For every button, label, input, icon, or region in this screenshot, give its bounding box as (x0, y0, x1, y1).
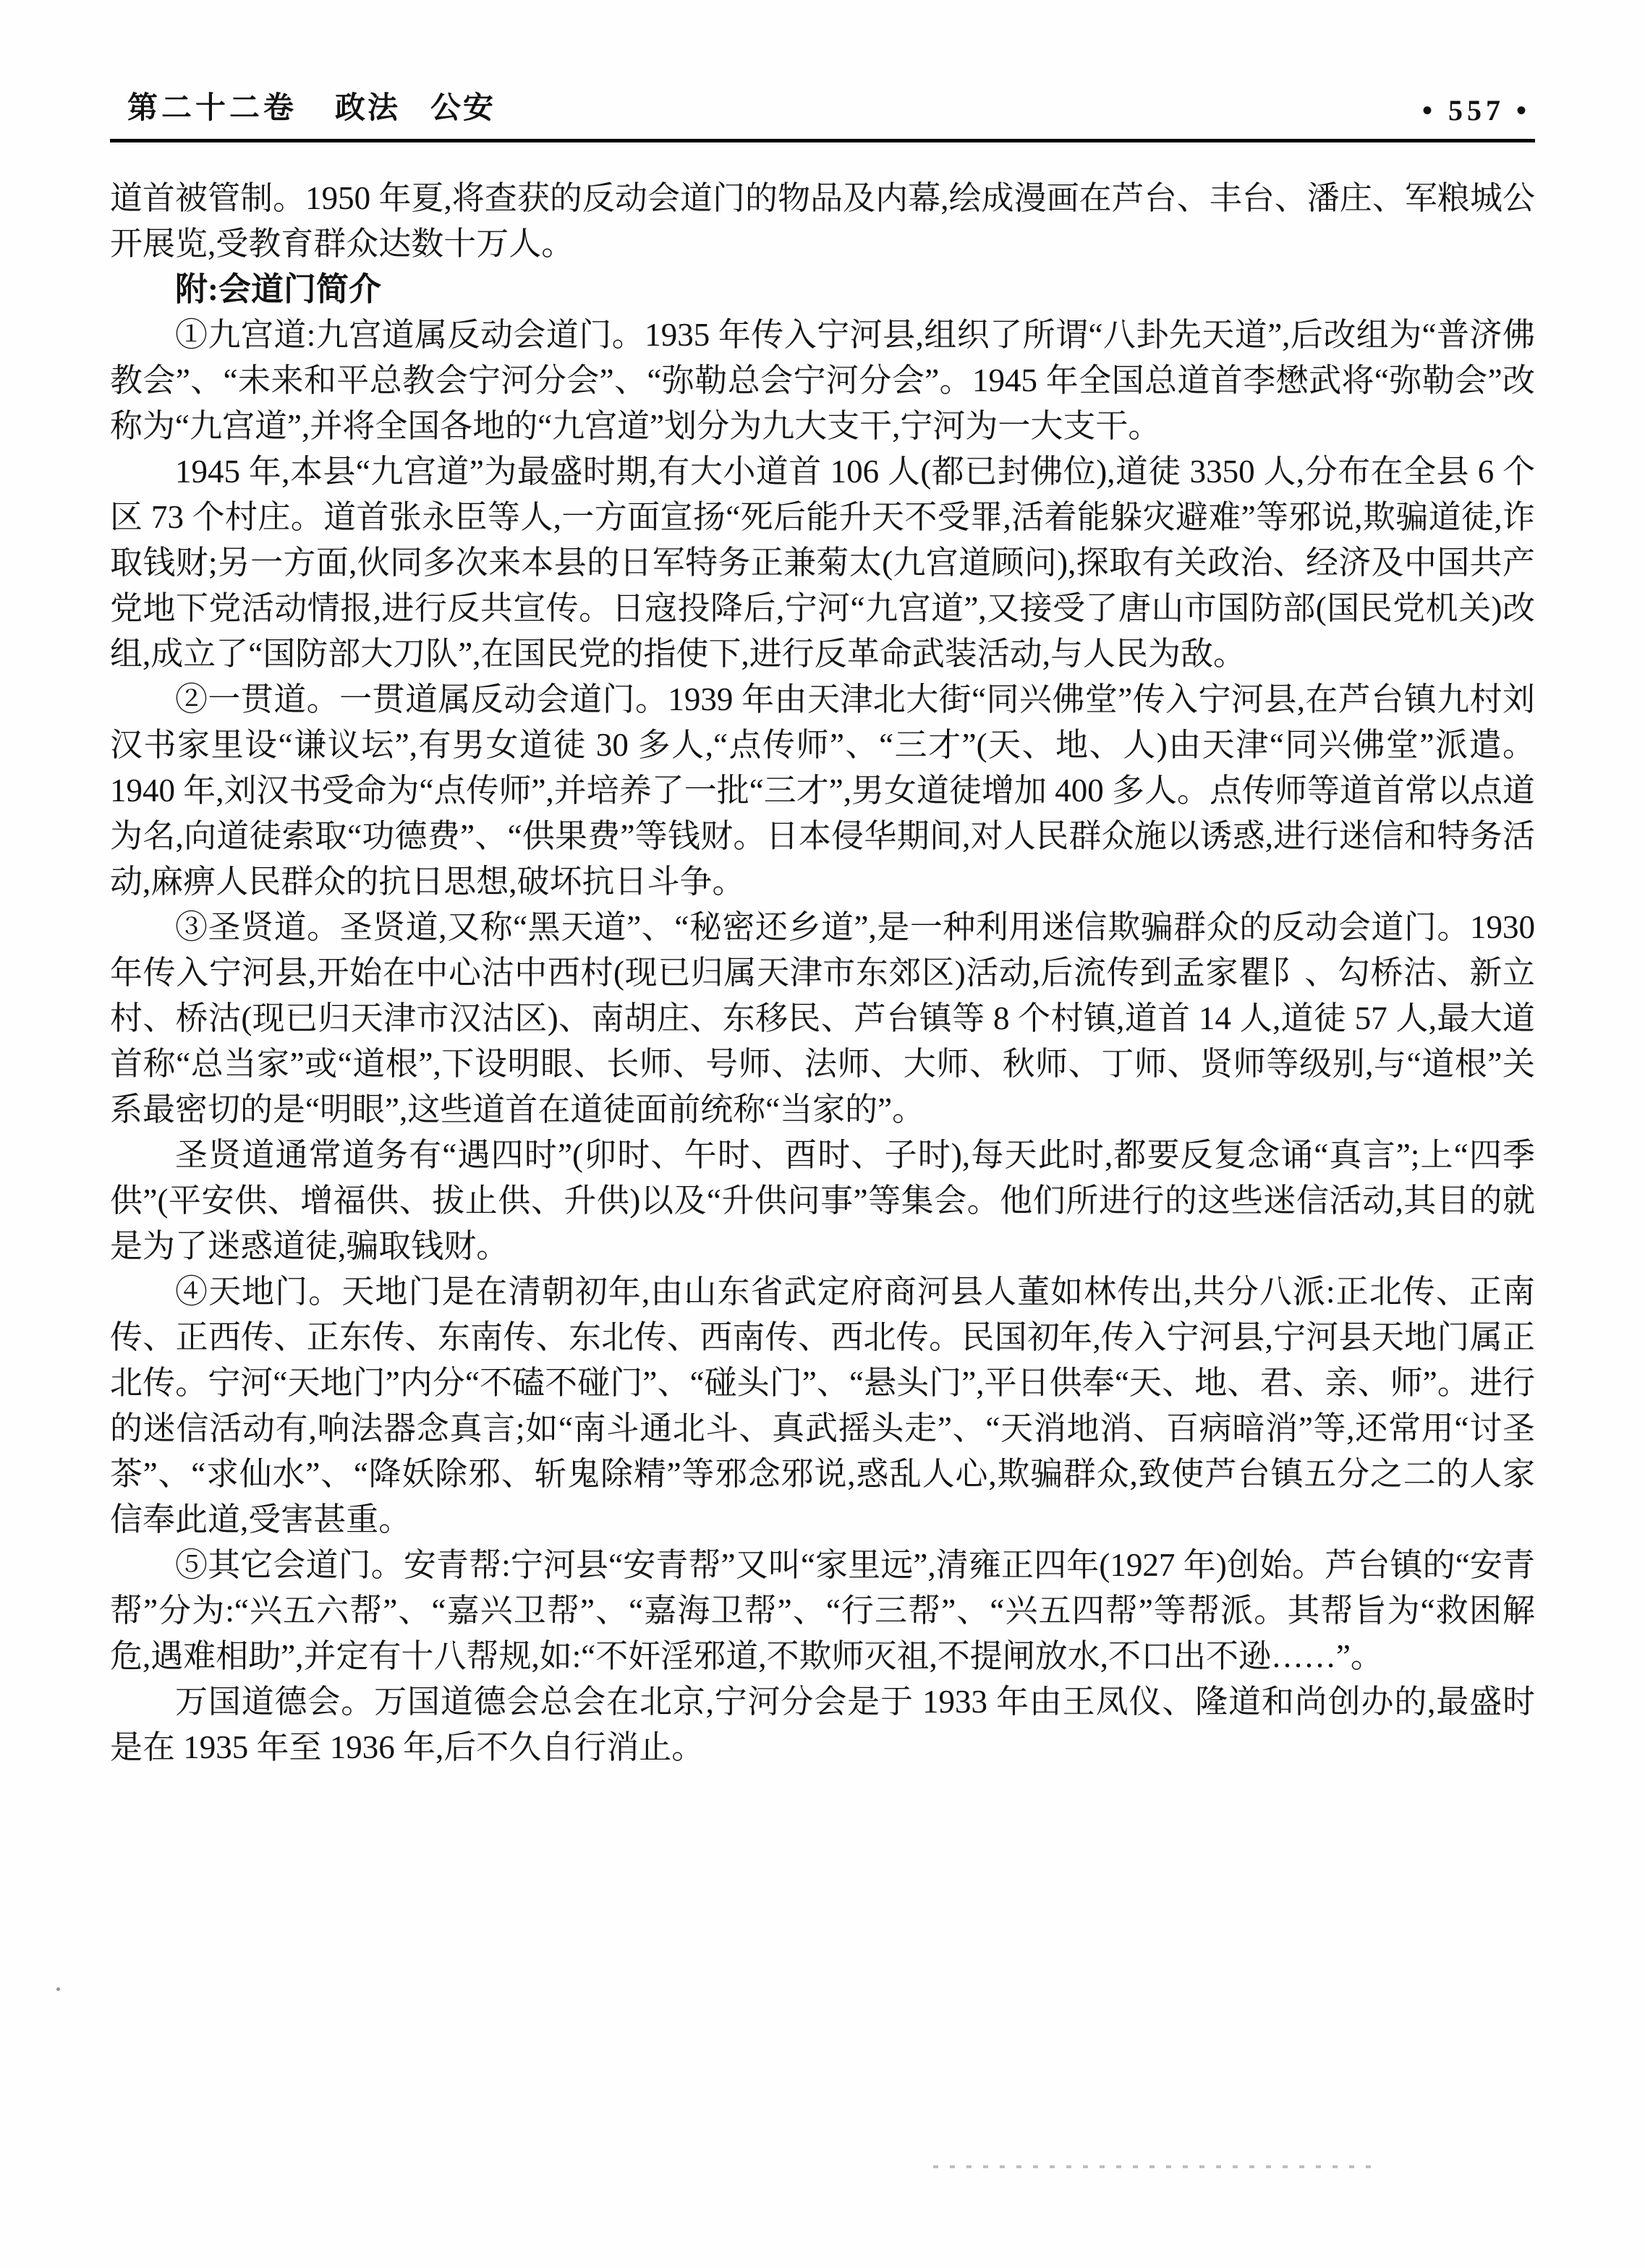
section-title: 政法 (335, 92, 400, 125)
document-body: 道首被管制。1950 年夏,将查获的反动会道门的物品及内幕,绘成漫画在芦台、丰台… (110, 176, 1535, 1770)
paragraph: 万国道德会。万国道德会总会在北京,宁河分会是于 1933 年由王凤仪、隆道和尚创… (110, 1679, 1535, 1770)
paragraph: 道首被管制。1950 年夏,将查获的反动会道门的物品及内幕,绘成漫画在芦台、丰台… (110, 176, 1535, 267)
paragraph: ①九宫道:九宫道属反动会道门。1935 年传入宁河县,组织了所谓“八卦先天道”,… (110, 312, 1535, 449)
volume-title: 第二十二卷 (127, 92, 297, 125)
paragraph: ③圣贤道。圣贤道,又称“黑天道”、“秘密还乡道”,是一种利用迷信欺骗群众的反动会… (110, 905, 1535, 1133)
page-content: 第二十二卷政法公安 • 557 • 道首被管制。1950 年夏,将查获的反动会道… (110, 84, 1535, 1770)
paragraph: 1945 年,本县“九宫道”为最盛时期,有大小道首 106 人(都已封佛位),道… (110, 449, 1535, 677)
subsection-title: 公安 (430, 92, 496, 125)
section-heading: 附:会道门简介 (110, 267, 1535, 312)
paragraph: ⑤其它会道门。安青帮:宁河县“安青帮”又叫“家里远”,清雍正四年(1927 年)… (110, 1543, 1535, 1679)
paragraph: 圣贤道通常道务有“遇四时”(卯时、午时、酉时、子时),每天此时,都要反复念诵“真… (110, 1133, 1535, 1269)
paragraph: ②一贯道。一贯道属反动会道门。1939 年由天津北大街“同兴佛堂”传入宁河县,在… (110, 677, 1535, 905)
header-title: 第二十二卷政法公安 (127, 84, 496, 127)
scanned-page: 第二十二卷政法公安 • 557 • 道首被管制。1950 年夏,将查获的反动会道… (0, 0, 1645, 2268)
header-rule (110, 139, 1535, 142)
scan-noise-dot (56, 1987, 60, 1991)
page-number: • 557 • (1422, 93, 1531, 127)
running-header: 第二十二卷政法公安 • 557 • (110, 84, 1535, 139)
paragraph: ④天地门。天地门是在清朝初年,由山东省武定府商河县人董如林传出,共分八派:正北传… (110, 1269, 1535, 1543)
scan-noise-line (933, 2165, 1382, 2168)
